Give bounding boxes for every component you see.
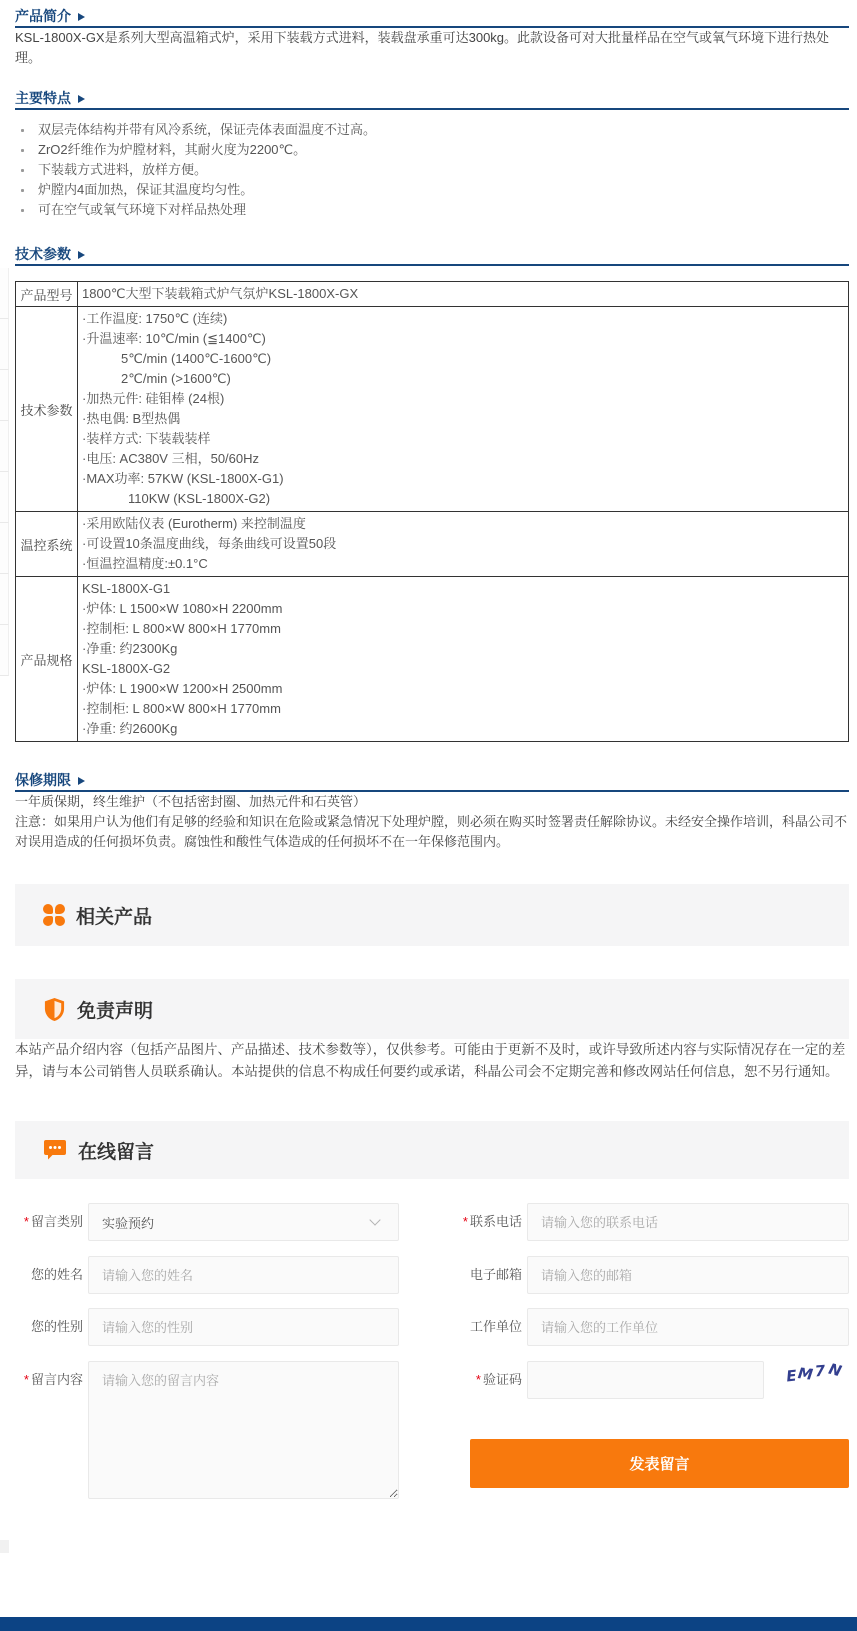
intro-text: KSL-1800X-GX是系列大型高温箱式炉，采用下装载方式进料，装载盘承重可达… <box>15 28 849 68</box>
section-title-features-text: 主要特点 <box>15 88 71 108</box>
section-title-specs-text: 技术参数 <box>15 244 71 264</box>
captcha-input[interactable] <box>527 1361 764 1399</box>
section-title-features: 主要特点 <box>15 90 849 106</box>
category-select[interactable]: 实验预约 <box>88 1203 399 1241</box>
required-mark: * <box>24 1214 29 1229</box>
spec-line: 1800℃大型下装载箱式炉气氛炉KSL-1800X-GX <box>82 284 844 304</box>
clover-icon <box>43 904 65 926</box>
form-row-captcha: *验证码 EM7N <box>454 1361 849 1399</box>
spec-line: ·净重: 约2300Kg <box>82 639 844 659</box>
form-left-column: *留言类别 实验预约 您的姓名 您的性别 *留言内容 <box>15 1203 399 1499</box>
spec-table-row: 产品型号1800℃大型下装载箱式炉气氛炉KSL-1800X-GX <box>16 282 849 307</box>
shield-icon <box>43 997 66 1022</box>
spec-line: ·控制柜: L 800×W 800×H 1770mm <box>82 699 844 719</box>
section-divider <box>15 108 849 110</box>
spec-line: KSL-1800X-G2 <box>82 659 844 679</box>
section-title-warranty: 保修期限 <box>15 772 849 788</box>
message-title: 在线留言 <box>78 1137 154 1164</box>
message-banner: 在线留言 <box>15 1121 849 1179</box>
disclaimer-banner: 免责声明 <box>15 979 849 1039</box>
spec-line: ·炉体: L 1900×W 1200×H 2500mm <box>82 679 844 699</box>
section-arrow-icon <box>78 251 85 259</box>
disclaimer-text: 本站产品介绍内容（包括产品图片、产品描述、技术参数等），仅供参考。可能由于更新不… <box>15 1039 849 1083</box>
spec-row-content: KSL-1800X-G1·炉体: L 1500×W 1080×H 2200mm·… <box>78 577 849 742</box>
bullet-icon <box>21 129 24 132</box>
form-row-gender: 您的性别 <box>15 1308 399 1346</box>
section-title-intro: 产品简介 <box>15 8 849 24</box>
specs-table: 产品型号1800℃大型下装载箱式炉气氛炉KSL-1800X-GX技术参数·工作温… <box>15 281 849 742</box>
section-title-specs: 技术参数 <box>15 246 849 262</box>
spec-row-content: ·工作温度: 1750℃ (连续)·升温速率: 10℃/min (≦1400℃)… <box>78 307 849 512</box>
section-title-warranty-text: 保修期限 <box>15 770 71 790</box>
spec-line: ·炉体: L 1500×W 1080×H 2200mm <box>82 599 844 619</box>
spec-table-row: 产品规格KSL-1800X-G1·炉体: L 1500×W 1080×H 220… <box>16 577 849 742</box>
footer-bar <box>0 1617 857 1631</box>
specs-table-body: 产品型号1800℃大型下装载箱式炉气氛炉KSL-1800X-GX技术参数·工作温… <box>16 282 849 742</box>
name-input[interactable] <box>88 1256 399 1294</box>
required-mark: * <box>24 1372 29 1387</box>
spec-line: ·控制柜: L 800×W 800×H 1770mm <box>82 619 844 639</box>
spec-line: ·热电偶: B型热偶 <box>82 409 844 429</box>
spec-line: ·净重: 约2600Kg <box>82 719 844 739</box>
form-row-company: 工作单位 <box>454 1308 849 1346</box>
spec-line: ·装样方式: 下装载装样 <box>82 429 844 449</box>
spec-row-label: 技术参数 <box>16 307 78 512</box>
spec-row-content: 1800℃大型下装载箱式炉气氛炉KSL-1800X-GX <box>78 282 849 307</box>
bullet-icon <box>21 189 24 192</box>
feature-text: ZrO2纤维作为炉膛材料，其耐火度为2200℃。 <box>38 140 306 160</box>
related-products-banner: 相关产品 <box>15 884 849 946</box>
email-label: 电子邮箱 <box>454 1256 522 1294</box>
section-arrow-icon <box>78 95 85 103</box>
features-list: 双层壳体结构并带有风冷系统，保证壳体表面温度不过高。ZrO2纤维作为炉膛材料，其… <box>15 120 849 220</box>
spec-line: ·加热元件: 硅钼棒 (24根) <box>82 389 844 409</box>
spec-row-content: ·采用欧陆仪表 (Eurotherm) 来控制温度·可设置10条温度曲线，每条曲… <box>78 512 849 577</box>
spec-line: ·恒温控温精度:±0.1°C <box>82 554 844 574</box>
spec-row-label: 产品型号 <box>16 282 78 307</box>
chat-bubble-icon <box>43 1139 67 1162</box>
spec-row-label: 温控系统 <box>16 512 78 577</box>
spec-table-row: 技术参数·工作温度: 1750℃ (连续)·升温速率: 10℃/min (≦14… <box>16 307 849 512</box>
spec-line: ·电压: AC380V 三相，50/60Hz <box>82 449 844 469</box>
spec-table-row: 温控系统·采用欧陆仪表 (Eurotherm) 来控制温度·可设置10条温度曲线… <box>16 512 849 577</box>
content-label: *留言内容 <box>15 1361 83 1399</box>
spec-line: ·MAX功率: 57KW (KSL-1800X-G1) <box>82 469 844 489</box>
feature-text: 可在空气或氧气环境下对样品热处理 <box>38 200 246 220</box>
category-select-value: 实验预约 <box>102 1213 154 1232</box>
feature-item: 炉膛内4面加热，保证其温度均匀性。 <box>15 180 849 200</box>
spec-line: 5℃/min (1400℃-1600℃) <box>82 349 844 369</box>
spec-line: ·升温速率: 10℃/min (≦1400℃) <box>82 329 844 349</box>
warranty-note: 注意：如果用户认为他们有足够的经验和知识在危险或紧急情况下处理炉膛，则必须在购买… <box>15 812 849 852</box>
section-arrow-icon <box>78 777 85 785</box>
spec-row-label: 产品规格 <box>16 577 78 742</box>
feature-item: 双层壳体结构并带有风冷系统，保证壳体表面温度不过高。 <box>15 120 849 140</box>
feature-item: 可在空气或氧气环境下对样品热处理 <box>15 200 849 220</box>
disclaimer-title: 免责声明 <box>77 996 153 1023</box>
required-mark: * <box>476 1372 481 1387</box>
spec-line: ·工作温度: 1750℃ (连续) <box>82 309 844 329</box>
form-row-category: *留言类别 实验预约 <box>15 1203 399 1241</box>
chevron-down-icon <box>369 1214 380 1225</box>
bullet-icon <box>21 209 24 212</box>
gender-label: 您的性别 <box>15 1308 83 1346</box>
spec-line: ·采用欧陆仪表 (Eurotherm) 来控制温度 <box>82 514 844 534</box>
message-form: *留言类别 实验预约 您的姓名 您的性别 *留言内容 <box>15 1203 849 1499</box>
warranty-line: 一年质保期，终生维护（不包括密封圈、加热元件和石英管） <box>15 792 849 812</box>
form-row-phone: *联系电话 <box>454 1203 849 1241</box>
message-content-textarea[interactable] <box>88 1361 399 1499</box>
phone-label: *联系电话 <box>454 1203 522 1241</box>
form-right-column: *联系电话 电子邮箱 工作单位 *验证码 EM7N 发表留言 <box>454 1203 849 1499</box>
captcha-label: *验证码 <box>454 1361 522 1399</box>
spec-line: KSL-1800X-G1 <box>82 579 844 599</box>
submit-message-button[interactable]: 发表留言 <box>470 1439 849 1488</box>
form-row-email: 电子邮箱 <box>454 1256 849 1294</box>
feature-item: 下装载方式进料，放样方便。 <box>15 160 849 180</box>
bullet-icon <box>21 169 24 172</box>
form-row-name: 您的姓名 <box>15 1256 399 1294</box>
bullet-icon <box>21 149 24 152</box>
name-label: 您的姓名 <box>15 1256 83 1294</box>
feature-text: 下装载方式进料，放样方便。 <box>38 160 207 180</box>
phone-input[interactable] <box>527 1203 849 1241</box>
form-row-content: *留言内容 <box>15 1361 399 1499</box>
company-input[interactable] <box>527 1308 849 1346</box>
company-label: 工作单位 <box>454 1308 522 1346</box>
captcha-code: EM7N <box>786 1364 842 1383</box>
required-mark: * <box>463 1214 468 1229</box>
product-detail-page: 产品简介 KSL-1800X-GX是系列大型高温箱式炉，采用下装载方式进料，装载… <box>0 0 857 1631</box>
spec-line: ·可设置10条温度曲线，每条曲线可设置50段 <box>82 534 844 554</box>
spec-line: 110KW (KSL-1800X-G2) <box>82 489 844 509</box>
section-arrow-icon <box>78 13 85 21</box>
section-title-intro-text: 产品简介 <box>15 6 71 26</box>
feature-text: 炉膛内4面加热，保证其温度均匀性。 <box>38 180 253 200</box>
gender-input[interactable] <box>88 1308 399 1346</box>
feature-text: 双层壳体结构并带有风冷系统，保证壳体表面温度不过高。 <box>38 120 376 140</box>
left-edge-strip <box>0 268 9 676</box>
spec-line: 2℃/min (>1600℃) <box>82 369 844 389</box>
feature-item: ZrO2纤维作为炉膛材料，其耐火度为2200℃。 <box>15 140 849 160</box>
related-products-title: 相关产品 <box>76 902 152 929</box>
email-input[interactable] <box>527 1256 849 1294</box>
category-label: *留言类别 <box>15 1203 83 1241</box>
section-divider <box>15 264 849 266</box>
